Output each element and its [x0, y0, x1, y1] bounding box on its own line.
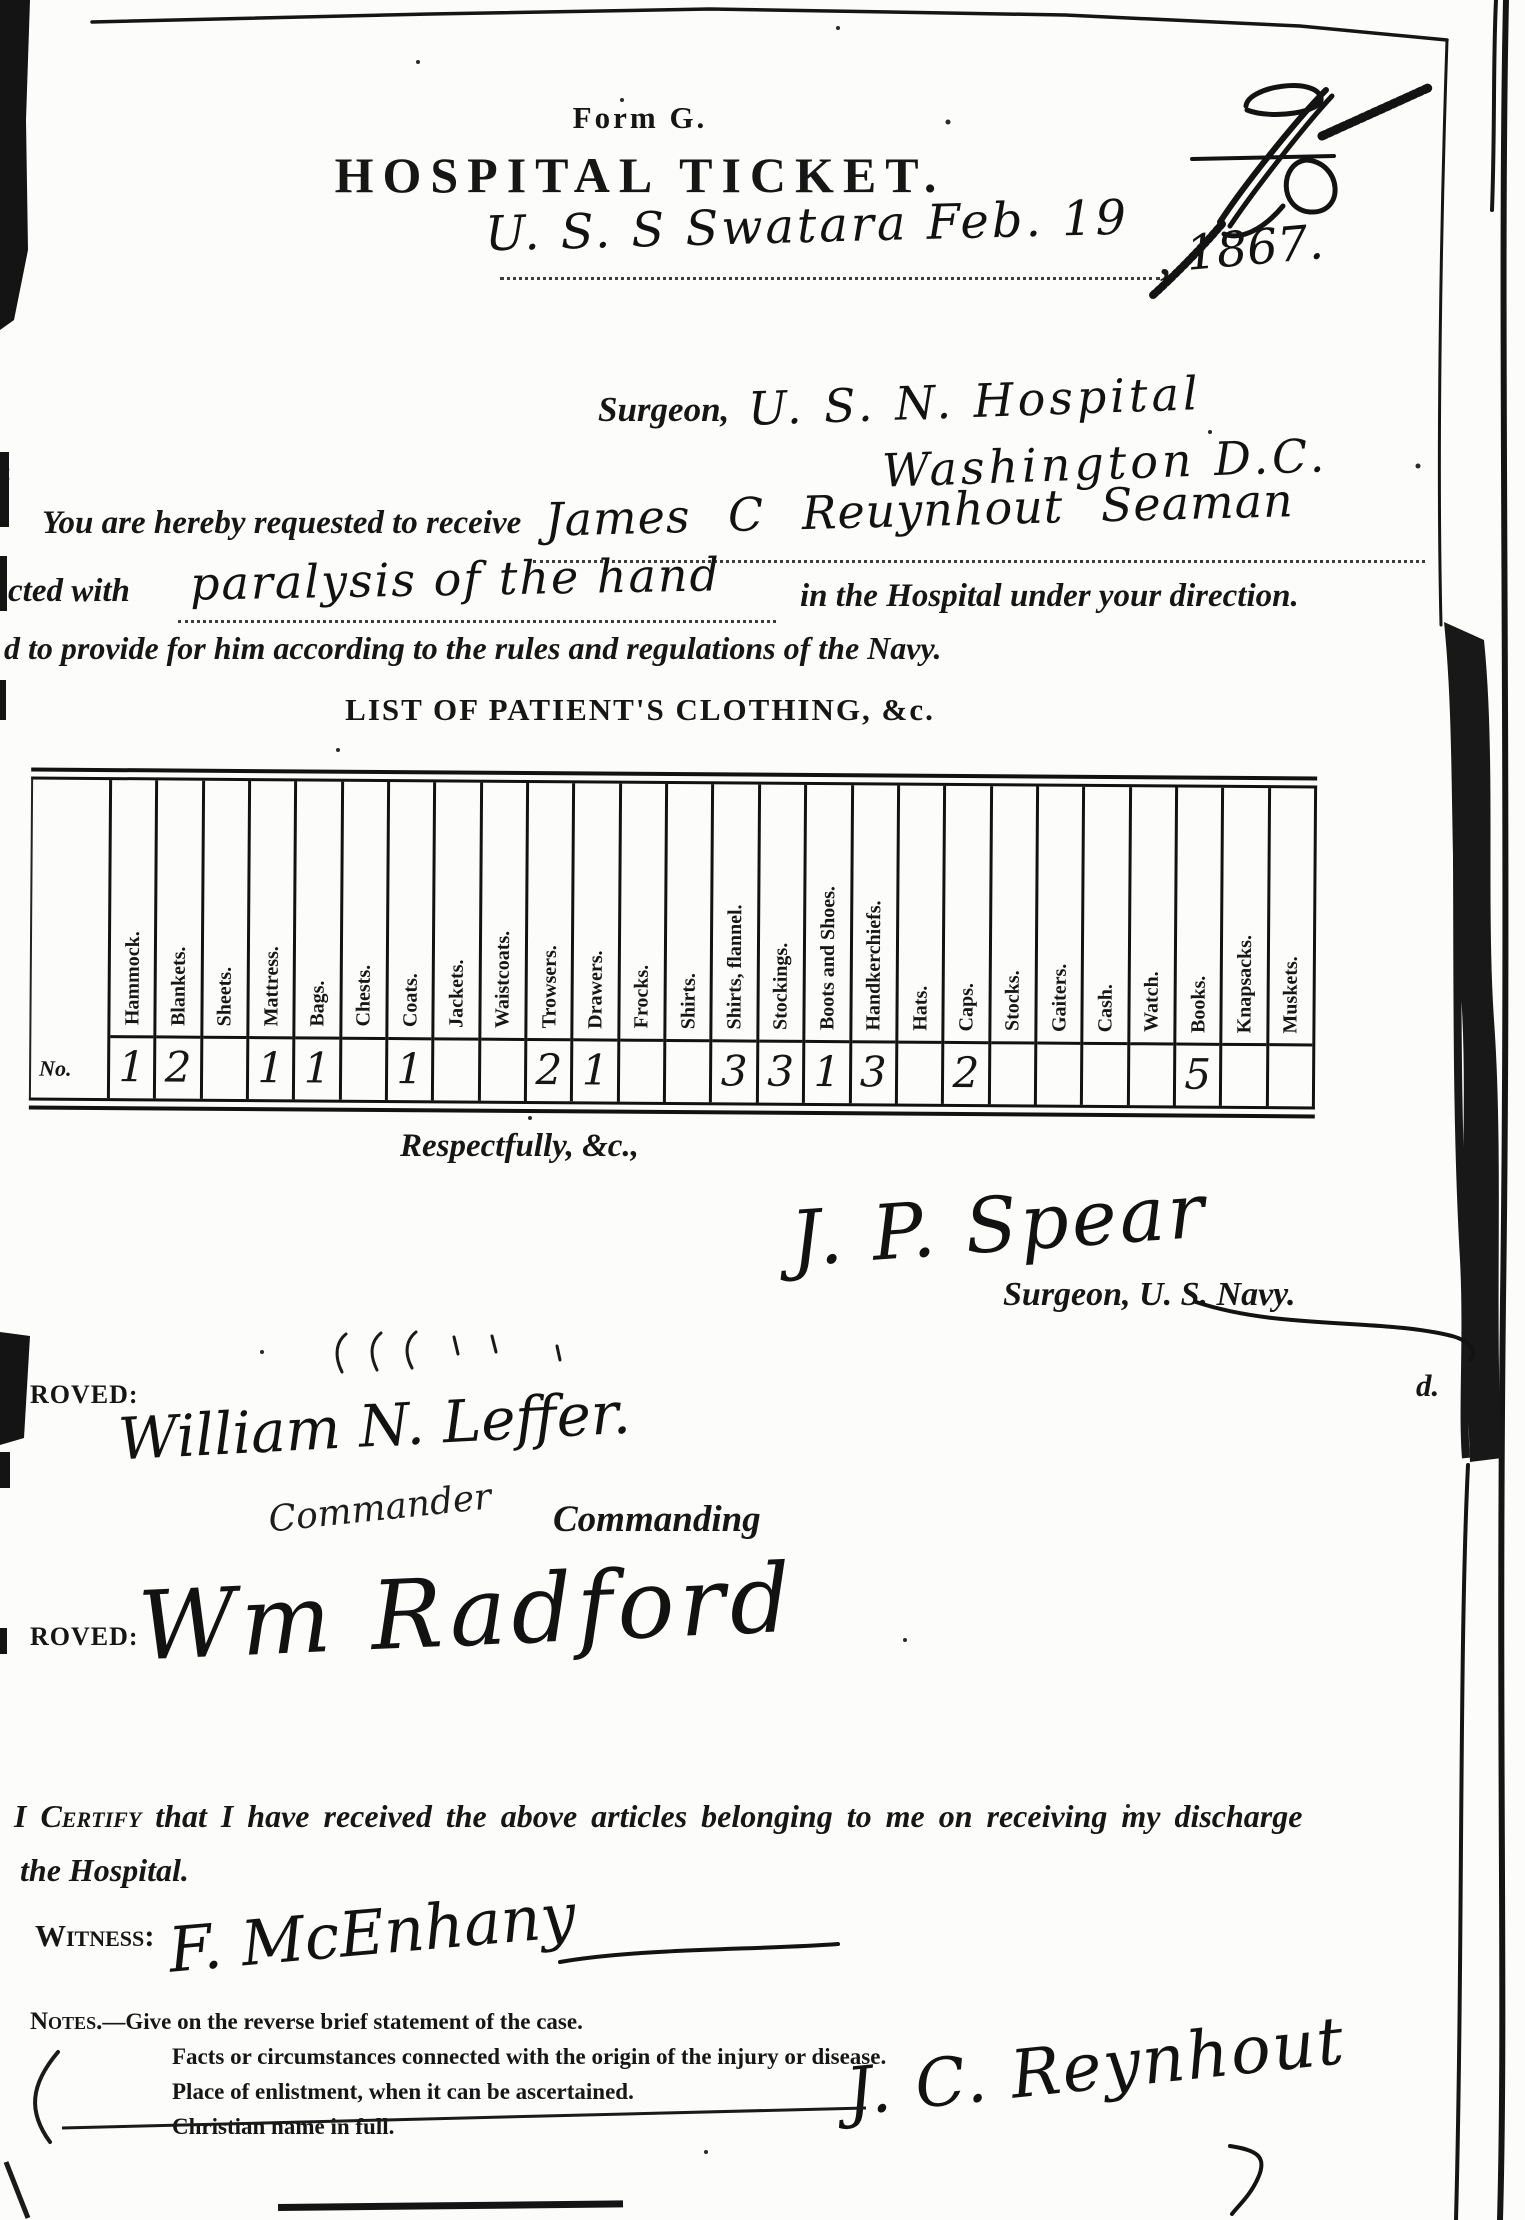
column-value: [481, 1041, 525, 1101]
surgeon-address-label: Surgeon,: [598, 390, 729, 430]
clothing-column: Shirts, flannel.3: [709, 784, 758, 1102]
column-value: 1: [295, 1039, 339, 1099]
clothing-column: Watch.: [1126, 787, 1175, 1105]
witness-signature: F. McEnhany: [166, 1878, 579, 1986]
column-header: Bags.: [307, 980, 327, 1026]
afflicted-fragment: cted with: [8, 573, 130, 610]
left-edge-mark-5: [0, 1452, 10, 1488]
stray-ink-marks: [337, 1332, 560, 1372]
column-header: Trowsers.: [539, 945, 560, 1028]
clothing-column: Coats.1: [385, 782, 434, 1100]
row-label-cell: No.: [31, 780, 109, 1099]
column-value: [1083, 1045, 1127, 1105]
year-handwritten: 1867.: [1184, 214, 1326, 282]
left-edge-mark-3: [0, 680, 6, 720]
column-value: [1129, 1045, 1173, 1105]
clothing-column: Stocks.: [987, 786, 1036, 1104]
commander-signature: William N. Leffer.: [117, 1379, 633, 1474]
bottom-left-tick: [6, 2162, 28, 2218]
column-value: 2: [527, 1041, 571, 1101]
column-value: 3: [759, 1043, 803, 1103]
notes-label: Notes.: [30, 2008, 102, 2035]
surgeon-signature: J. P. Spear: [787, 1166, 1209, 1284]
column-header: Knapsacks.: [1234, 935, 1255, 1034]
clothing-column: Caps.2: [941, 786, 990, 1104]
column-value: 3: [712, 1042, 756, 1102]
column-value: 3: [851, 1043, 895, 1103]
notes-text-1: Give on the reverse brief statement of t…: [125, 2009, 583, 2034]
clothing-columns: No. Hammock.1Blankets.2Sheets.Mattress.1…: [29, 777, 1317, 1110]
notes-line-4: Christian name in full.: [172, 2114, 394, 2140]
request-printed-text: You are hereby requested to receive: [42, 505, 521, 542]
witness-label: Witness:: [35, 1918, 155, 1954]
year-comma: ,: [1160, 238, 1170, 285]
certify-rest: that I have received the above articles …: [155, 1798, 1302, 1834]
column-value: [1222, 1046, 1266, 1106]
clothing-column: Knapsacks.: [1219, 788, 1268, 1106]
clothing-column: Gaiters.: [1034, 787, 1083, 1105]
notes-line-3: Place of enlistment, when it can be asce…: [172, 2079, 634, 2105]
column-value: 2: [944, 1044, 988, 1104]
certify-line-2: the Hospital.: [20, 1852, 189, 1889]
patient-signature-flourish: [1230, 2146, 1262, 2214]
complaint-handwritten: paralysis of the hand: [190, 547, 722, 610]
certify-word: Certify: [40, 1798, 141, 1834]
paper-top-edge: [92, 9, 1447, 40]
column-header: Books.: [1188, 975, 1208, 1032]
column-value: [434, 1040, 478, 1100]
scanned-hospital-ticket-page: Form G. HOSPITAL TICKET. U. S. S Swatara…: [0, 0, 1525, 2220]
approved-label-2: ROVED:: [30, 1622, 139, 1652]
paper-right-edge: [1439, 40, 1447, 625]
column-value: [1268, 1046, 1312, 1106]
column-value: [898, 1044, 942, 1104]
clothing-column: Chests.: [339, 782, 388, 1100]
notes-dash: —: [102, 2009, 125, 2034]
provide-clause-text: d to provide for him according to the ru…: [4, 630, 942, 667]
column-value: 1: [110, 1038, 154, 1098]
column-header: Hats.: [910, 986, 930, 1031]
left-edge-mark-6: [0, 1628, 7, 1654]
column-value: [990, 1044, 1034, 1104]
column-header: Cash.: [1095, 984, 1115, 1032]
column-header: Jackets.: [446, 959, 466, 1027]
book-edge-top: [1492, 0, 1496, 210]
book-edge-lower: [1456, 1465, 1468, 2220]
witness-signature-dash: [560, 1944, 838, 1962]
column-value: [1037, 1045, 1081, 1105]
radford-signature: Wm Radford: [136, 1544, 798, 1683]
clothing-column: Sheets.: [200, 781, 249, 1099]
notes-line-2: Facts or circumstances connected with th…: [172, 2044, 886, 2070]
column-header: Gaiters.: [1049, 963, 1069, 1031]
clothing-table: No. Hammock.1Blankets.2Sheets.Mattress.1…: [29, 768, 1317, 1119]
hospital-name-handwritten: U. S. N. Hospital: [747, 366, 1202, 436]
column-header: Hammock.: [122, 931, 143, 1025]
column-value: 1: [249, 1039, 293, 1099]
left-edge-mark-2: [0, 556, 7, 611]
clothing-column: Waistcoats.: [478, 783, 527, 1101]
column-value: 1: [805, 1043, 849, 1103]
left-edge-mark-4: [0, 1332, 30, 1445]
column-header: Boots and Shoes.: [817, 886, 838, 1030]
clothing-column: Muskets.: [1265, 788, 1314, 1106]
column-header: Frocks.: [632, 965, 652, 1029]
left-edge-band: [0, 0, 30, 330]
clothing-column: Jackets.: [431, 782, 480, 1100]
book-edge-outer: [1500, 0, 1506, 2220]
clothing-column: Blankets.2: [153, 780, 202, 1098]
column-header: Coats.: [400, 973, 420, 1027]
clothing-column: Stockings.3: [756, 785, 805, 1103]
column-header: Stocks.: [1003, 971, 1023, 1032]
clothing-column: Bags.1: [292, 781, 341, 1099]
clothing-list-title: LIST OF PATIENT'S CLOTHING, &c.: [260, 692, 1020, 728]
clothing-column: Hammock.1: [107, 780, 156, 1098]
certify-line: I Certify that I have received the above…: [14, 1798, 1302, 1835]
column-header: Sheets.: [215, 966, 235, 1026]
column-header: Chests.: [354, 965, 374, 1027]
clothing-column: Hats.: [895, 786, 944, 1104]
clothing-column: Mattress.1: [246, 781, 295, 1099]
commander-rank-handwritten: Commander: [266, 1476, 493, 1540]
clothing-column: Cash.: [1080, 787, 1129, 1105]
column-value: [203, 1039, 247, 1099]
column-header: Drawers.: [586, 950, 607, 1028]
clothing-column: Trowsers.2: [524, 783, 573, 1101]
patient-signature: J. C. Reynhout: [842, 2002, 1349, 2131]
right-edge-fragment: d.: [1416, 1368, 1439, 1404]
column-header: Caps.: [956, 983, 976, 1031]
complaint-rule: [178, 620, 776, 623]
column-header: Mattress.: [261, 946, 282, 1026]
column-header: Muskets.: [1281, 956, 1302, 1033]
column-header: Watch.: [1142, 972, 1162, 1033]
clothing-column: Frocks.: [617, 784, 666, 1102]
column-header: Handkerchiefs.: [864, 900, 885, 1030]
column-value: 1: [388, 1040, 432, 1100]
form-number-label: Form G.: [160, 100, 1120, 136]
form-header: Form G. HOSPITAL TICKET.: [160, 100, 1120, 204]
commanding-printed-text: Commanding: [553, 1498, 761, 1541]
column-value: 2: [156, 1038, 200, 1098]
surgeon-title-text: Surgeon, U. S. Navy.: [1003, 1276, 1296, 1314]
column-header: Blankets.: [168, 946, 189, 1026]
clothing-column: Handkerchiefs.3: [848, 785, 897, 1103]
column-value: [666, 1042, 710, 1102]
dateline-rule: [500, 277, 1160, 280]
column-header: Waistcoats.: [493, 931, 514, 1028]
notes-line-1: Notes.—Give on the reverse brief stateme…: [30, 2008, 583, 2036]
left-edge-fragment: :: [2, 455, 12, 489]
column-header: Stockings.: [771, 942, 792, 1029]
bottom-left-arc: [35, 2052, 58, 2142]
column-value: 5: [1176, 1046, 1220, 1106]
column-value: [342, 1040, 386, 1100]
clothing-column: Shirts.: [663, 784, 712, 1102]
patient-name-handwritten: James C Reuynhout Seaman: [544, 473, 1294, 547]
bottom-edge-bar: [278, 2200, 623, 2211]
clothing-column: Books.5: [1173, 788, 1222, 1106]
row-label: No.: [39, 1056, 72, 1082]
binding-shadow-streak: [1452, 640, 1466, 1458]
column-value: 1: [573, 1041, 617, 1101]
column-value: [620, 1042, 664, 1102]
certify-intro: I: [14, 1798, 26, 1834]
clothing-column: Drawers.1: [570, 783, 619, 1101]
clothing-column: Boots and Shoes.1: [802, 785, 851, 1103]
binding-shadow: [1444, 622, 1502, 1462]
column-header: Shirts.: [678, 973, 698, 1029]
respectfully-text: Respectfully, &c.,: [400, 1128, 639, 1165]
hospital-clause-text: in the Hospital under your direction.: [800, 578, 1299, 615]
column-header: Shirts, flannel.: [725, 904, 746, 1029]
